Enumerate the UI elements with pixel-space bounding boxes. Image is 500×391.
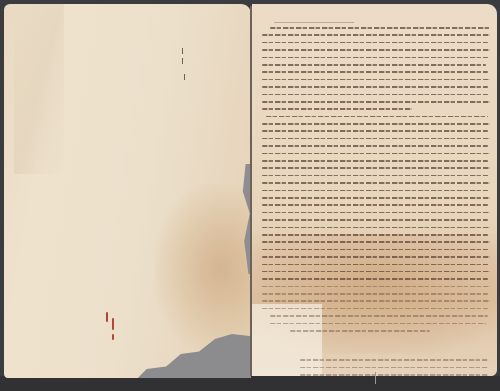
handwritten-text	[260, 24, 492, 376]
pencil-mark	[184, 74, 185, 80]
water-stain	[154, 184, 251, 354]
paper-fold	[14, 4, 64, 174]
pencil-mark	[182, 48, 183, 54]
page-heading	[274, 14, 354, 23]
manuscript-scan	[0, 0, 500, 391]
pencil-mark	[182, 58, 183, 64]
right-page	[252, 4, 497, 376]
red-mark	[112, 334, 114, 340]
red-mark	[112, 318, 114, 330]
red-mark	[106, 312, 108, 322]
scan-mark	[375, 372, 376, 384]
scan-background	[0, 376, 500, 391]
left-page	[4, 4, 251, 378]
